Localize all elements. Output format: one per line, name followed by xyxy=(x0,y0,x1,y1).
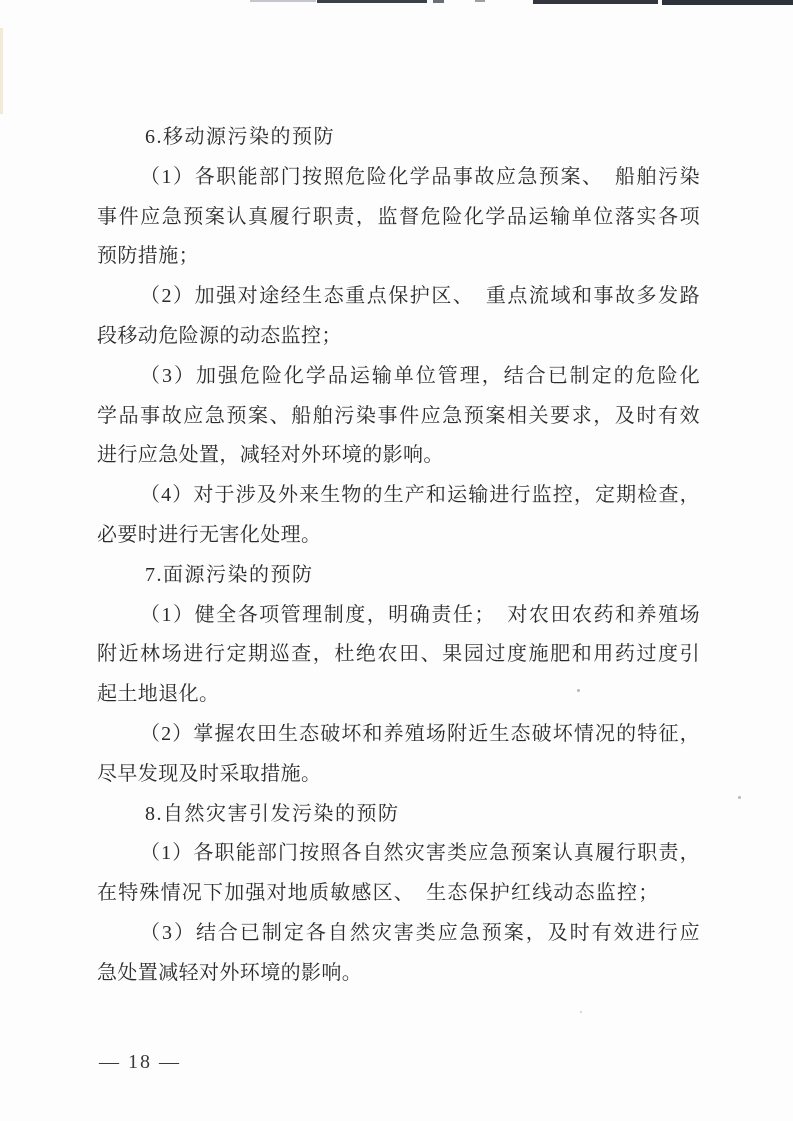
scan-speck xyxy=(738,796,741,799)
paragraph-line: 事件应急预案认真履行职责，监督危险化学品运输单位落实各项 xyxy=(97,198,700,238)
scan-speck xyxy=(580,1011,582,1013)
scan-artifact-top-edge xyxy=(317,0,427,3)
paragraph-line: 必要时进行无害化处理。 xyxy=(97,516,700,556)
paragraph-line: （1）健全各项管理制度，明确责任； 对农田农药和养殖场 xyxy=(97,596,700,636)
scan-artifact-left-edge xyxy=(0,28,3,114)
paragraph-line: （3）结合已制定各自然灾害类应急预案，及时有效进行应 xyxy=(97,914,700,954)
page-number: — 18 — xyxy=(99,1051,181,1074)
paragraph-line: 急处置减轻对外环境的影响。 xyxy=(97,954,700,994)
paragraph-line: 在特殊情况下加强对地质敏感区、 生态保护红线动态监控； xyxy=(97,874,700,914)
paragraph-line: （1）各职能部门按照各自然灾害类应急预案认真履行职责， xyxy=(97,834,700,874)
scan-artifact-top-edge xyxy=(533,0,658,4)
paragraph-line: 段移动危险源的动态监控； xyxy=(97,317,700,357)
scan-artifact-top-edge xyxy=(433,0,444,3)
paragraph-line: 尽早发现及时采取措施。 xyxy=(97,755,700,795)
paragraph-line: 进行应急处置，减轻对外环境的影响。 xyxy=(97,436,700,476)
paragraph-line: （2）掌握农田生态破坏和养殖场附近生态破坏情况的特征， xyxy=(97,715,700,755)
section-heading-7: 7.面源污染的预防 xyxy=(97,556,700,596)
scan-artifact-top-edge xyxy=(250,0,316,2)
paragraph-line: 学品事故应急预案、船舶污染事件应急预案相关要求，及时有效 xyxy=(97,397,700,437)
paragraph-line: （4）对于涉及外来生物的生产和运输进行监控，定期检查， xyxy=(97,476,700,516)
scan-artifact-top-edge xyxy=(475,0,485,2)
paragraph-line: （2）加强对途经生态重点保护区、 重点流域和事故多发路 xyxy=(97,277,700,317)
document-body: 6.移动源污染的预防 （1）各职能部门按照危险化学品事故应急预案、 船舶污染 事… xyxy=(97,118,700,994)
scanned-document-page: 6.移动源污染的预防 （1）各职能部门按照危险化学品事故应急预案、 船舶污染 事… xyxy=(0,0,793,1121)
paragraph-line: 起土地退化。 xyxy=(97,675,700,715)
scan-artifact-top-edge xyxy=(662,0,793,5)
paragraph-line: （1）各职能部门按照危险化学品事故应急预案、 船舶污染 xyxy=(97,158,700,198)
paragraph-line: 预防措施； xyxy=(97,237,700,277)
section-heading-6: 6.移动源污染的预防 xyxy=(97,118,700,158)
section-heading-8: 8.自然灾害引发污染的预防 xyxy=(97,795,700,835)
paragraph-line: 附近林场进行定期巡查，杜绝农田、果园过度施肥和用药过度引 xyxy=(97,635,700,675)
paragraph-line: （3）加强危险化学品运输单位管理，结合已制定的危险化 xyxy=(97,357,700,397)
